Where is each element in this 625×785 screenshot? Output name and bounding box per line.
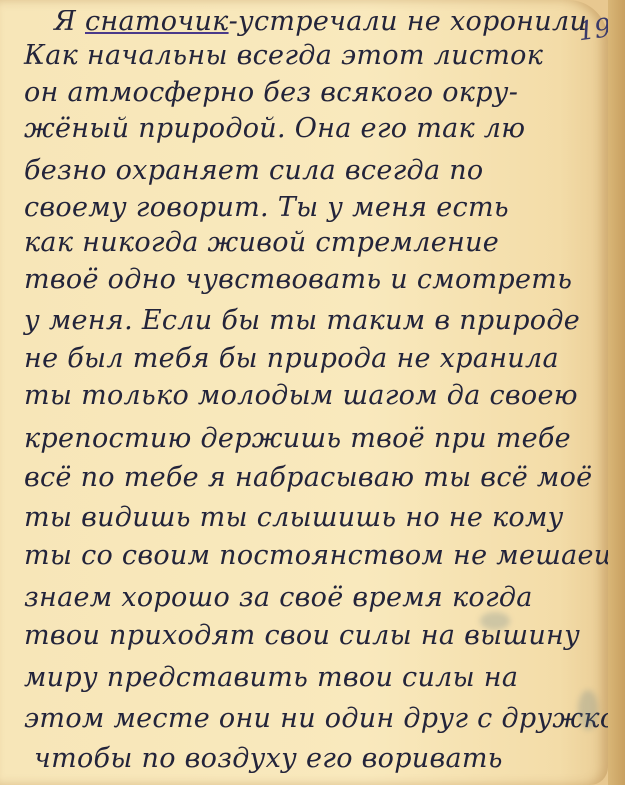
text-line: ты только молодым шагом да своею [24, 380, 584, 411]
text-line: ты со своим постоянством не мешаешь [24, 540, 584, 571]
text-line: не был тебя бы природа не хранила [24, 343, 584, 374]
heading-line: Я снаточик-устречали не хоронили [54, 6, 614, 37]
text-line: жёный природой. Она его так лю [24, 113, 584, 144]
text-line: знаем хорошо за своё время когда [24, 582, 584, 613]
text-line: всё по тебе я набрасываю ты всё моё [24, 462, 584, 493]
text-line: Как начальны всегда этот листок [24, 40, 584, 71]
text-line: твоё одно чувствовать и смотреть [24, 264, 584, 295]
text-line: у меня. Если бы ты таким в природе [24, 305, 584, 336]
heading-underlined-word: снаточик [85, 6, 229, 37]
heading-rest: -устречали не хоронили [229, 6, 588, 37]
page-edge [608, 0, 625, 785]
text-line: этом месте они ни один друг с дружкой [24, 703, 584, 734]
text-line: миру представить твои силы на [24, 662, 584, 693]
text-line: безно охраняет сила всегда по [24, 155, 584, 186]
ink-smudge [480, 612, 510, 630]
text-line: ты видишь ты слышишь но не кому [24, 502, 584, 533]
ink-smudge [578, 690, 598, 730]
notebook-page: 190 Я снаточик-устречали не хоронили Как… [0, 0, 608, 785]
text-line: своему говорит. Ты у меня есть [24, 192, 584, 223]
heading-prefix: Я [54, 6, 85, 37]
text-line: как никогда живой стремление [24, 227, 584, 258]
text-line: он атмосферно без всякого окру- [24, 77, 584, 108]
text-line: чтобы по воздуху его воривать [34, 743, 594, 774]
text-line: крепостию держишь твоё при тебе [24, 423, 584, 454]
